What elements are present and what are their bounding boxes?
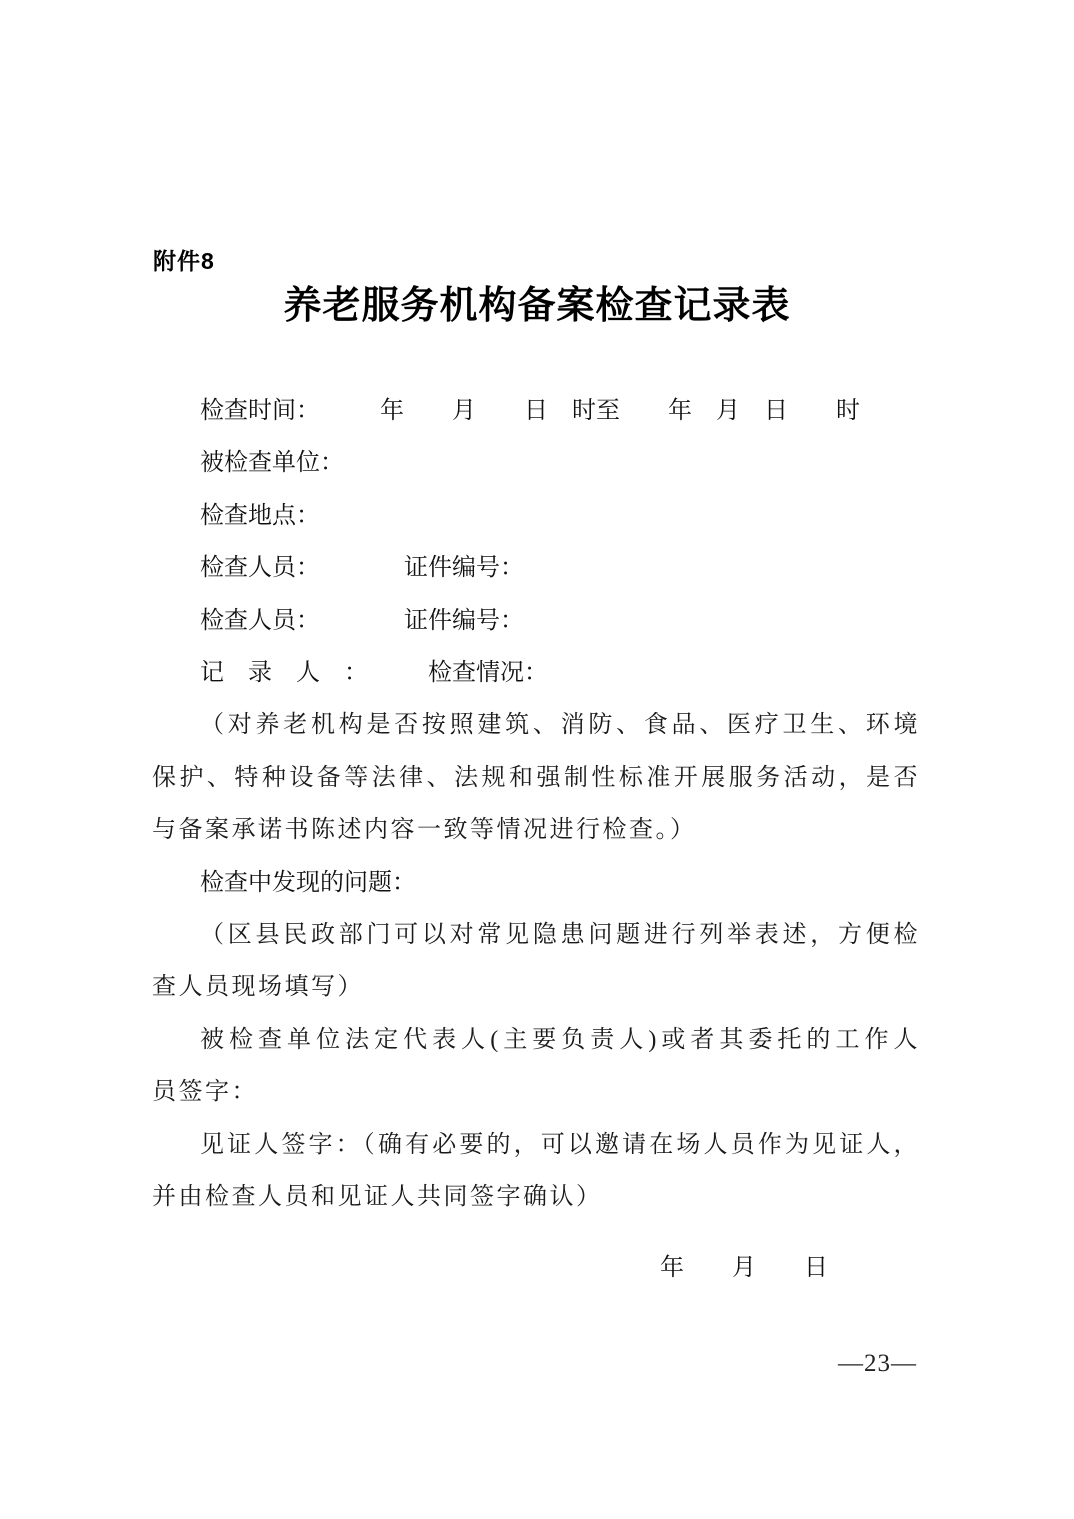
- problems-note-line-2: 查人员现场填写）: [152, 961, 920, 1013]
- attachment-label: 附件8: [153, 243, 215, 276]
- inspection-scope-note-line-3: 与备案承诺书陈述内容一致等情况进行检查。）: [152, 804, 920, 856]
- inspection-time-line: 检查时间： 年 月 日 时至 年 月 日 时: [152, 385, 920, 437]
- problems-found-line: 检查中发现的问题：: [152, 857, 920, 909]
- inspector-2-line: 检查人员： 证件编号：: [152, 595, 920, 647]
- document-page: 附件8 养老服务机构备案检查记录表 检查时间： 年 月 日 时至 年 月 日 时…: [0, 0, 1074, 1519]
- inspected-unit-line: 被检查单位：: [152, 437, 920, 489]
- form-body: 检查时间： 年 月 日 时至 年 月 日 时 被检查单位： 检查地点： 检查人员…: [152, 385, 920, 1294]
- witness-signature-line-2: 并由检查人员和见证人共同签字确认）: [152, 1171, 920, 1223]
- inspector-1-line: 检查人员： 证件编号：: [152, 542, 920, 594]
- representative-signature-line-1: 被检查单位法定代表人(主要负责人)或者其委托的工作人: [152, 1014, 920, 1066]
- inspection-location-line: 检查地点：: [152, 490, 920, 542]
- recorder-line: 记 录 人 ： 检查情况：: [152, 647, 920, 699]
- page-number: —23—: [838, 1350, 917, 1378]
- date-signature-line: 年 月 日: [152, 1242, 920, 1294]
- witness-signature-line-1: 见证人签字：（确有必要的，可以邀请在场人员作为见证人，: [152, 1119, 920, 1171]
- problems-note-line-1: （区县民政部门可以对常见隐患问题进行列举表述，方便检: [152, 909, 920, 961]
- representative-signature-line-2: 员签字：: [152, 1066, 920, 1118]
- inspection-scope-note-line-2: 保护、特种设备等法律、法规和强制性标准开展服务活动，是否: [152, 752, 920, 804]
- inspection-scope-note-line-1: （对养老机构是否按照建筑、消防、食品、医疗卫生、环境: [152, 699, 920, 751]
- page-title: 养老服务机构备案检查记录表: [0, 274, 1074, 329]
